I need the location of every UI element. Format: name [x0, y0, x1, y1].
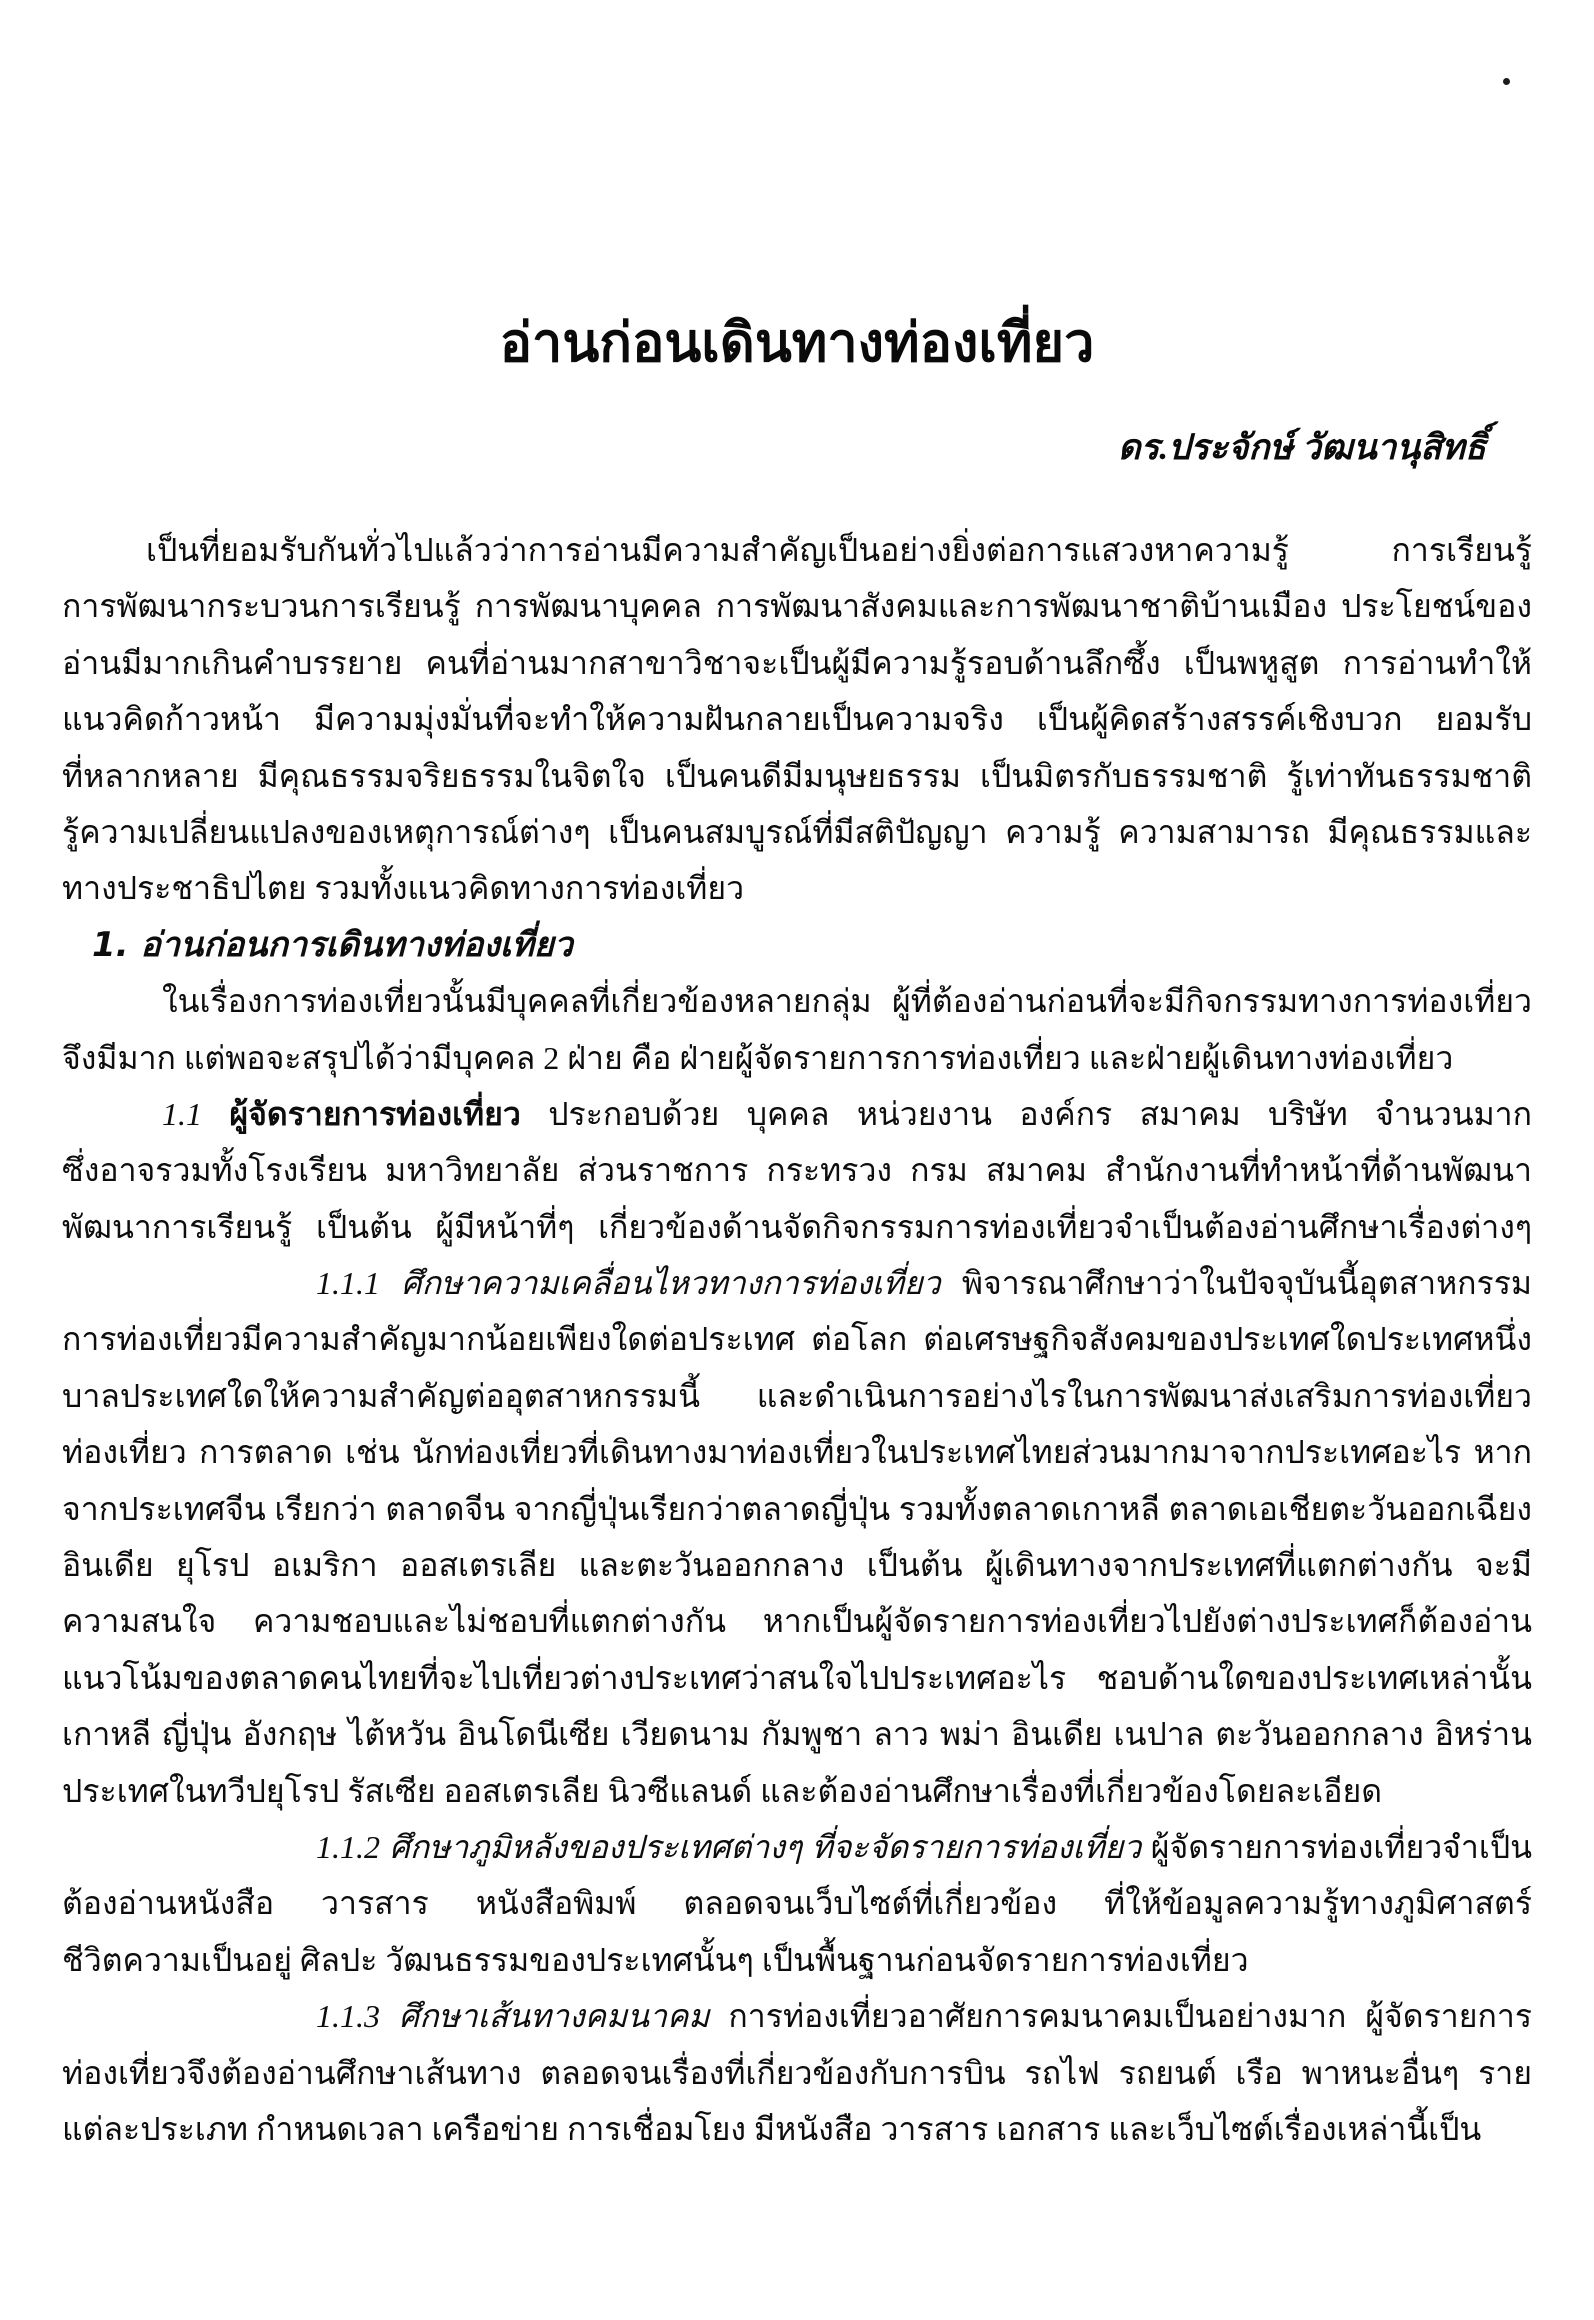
text-segment: ในเรื่องการท่องเที่ยวนั้นมีบุคคลที่เกี่ย… — [162, 983, 1532, 1019]
text-line: 1.1.3 ศึกษาเส้นทางคมนาคม การท่องเที่ยวอา… — [62, 1988, 1532, 2044]
text-line: ในเรื่องการท่องเที่ยวนั้นมีบุคคลที่เกี่ย… — [62, 973, 1532, 1029]
text-segment: ต้องอ่านหนังสือ วารสาร หนังสือพิมพ์ ตลอด… — [62, 1885, 1532, 1931]
text-segment: ท่องเที่ยวจึงต้องอ่านศึกษาเส้นทาง ตลอดจน… — [62, 2055, 1532, 2101]
text-line: การท่องเที่ยวมีความสำคัญมากน้อยเพียงใดต่… — [62, 1311, 1532, 1367]
text-line: เกาหลี ญี่ปุ่น อังกฤษ ไต้หวัน อินโดนีเซี… — [62, 1706, 1532, 1762]
text-segment: ผู้จัดรายการท่องเที่ยว — [229, 1096, 520, 1132]
text-segment: พัฒนาการเรียนรู้ เป็นต้น ผู้มีหน้าที่ๆ เ… — [62, 1209, 1532, 1255]
text-segment: ความสนใจ ความชอบและไม่ชอบที่แตกต่างกัน ห… — [62, 1603, 1532, 1649]
text-line: เป็นที่ยอมรับกันทั่วไปแล้วว่าการอ่านมีคว… — [62, 522, 1532, 578]
text-line: อ่านมีมากเกินคำบรรยาย คนที่อ่านมากสาขาวิ… — [62, 635, 1532, 691]
text-line: ซึ่งอาจรวมทั้งโรงเรียน มหาวิทยาลัย ส่วนร… — [62, 1142, 1532, 1198]
text-line: 1.1 ผู้จัดรายการท่องเที่ยว ประกอบด้วย บุ… — [62, 1086, 1532, 1142]
text-segment: ประกอบด้วย บุคคล หน่วยงาน องค์กร สมาคม บ… — [521, 1096, 1532, 1132]
text-line: ต้องอ่านหนังสือ วารสาร หนังสือพิมพ์ ตลอด… — [62, 1875, 1532, 1931]
text-segment: เป็นที่ยอมรับกันทั่วไปแล้วว่าการอ่านมีคว… — [146, 532, 1532, 568]
text-segment: 1.1.1 ศึกษาความเคลื่อนไหวทางการท่องเที่ย… — [316, 1265, 941, 1301]
text-line: พัฒนาการเรียนรู้ เป็นต้น ผู้มีหน้าที่ๆ เ… — [62, 1199, 1532, 1255]
text-segment: ท่องเที่ยว การตลาด เช่น นักท่องเที่ยวที่… — [62, 1434, 1532, 1480]
text-line: แนวโน้มของตลาดคนไทยที่จะไปเที่ยวต่างประเ… — [62, 1650, 1532, 1706]
text-line: ทางประชาธิปไตย รวมทั้งแนวคิดทางการท่องเท… — [62, 860, 1532, 916]
text-segment: แต่ละประเภท กำหนดเวลา เครือข่าย การเชื่อ… — [62, 2111, 1481, 2157]
text-line: แต่ละประเภท กำหนดเวลา เครือข่าย การเชื่อ… — [62, 2101, 1532, 2157]
text-line: ประเทศในทวีปยุโรป รัสเซีย ออสเตรเลีย นิว… — [62, 1763, 1532, 1819]
text-segment: ประเทศในทวีปยุโรป รัสเซีย ออสเตรเลีย นิว… — [62, 1773, 1382, 1809]
text-segment: อินเดีย ยุโรป อเมริกา ออสเตรเลีย และตะวั… — [62, 1547, 1532, 1593]
text-segment: พิจารณาศึกษาว่าในปัจจุบันนี้อุตสาหกรรม — [941, 1265, 1532, 1301]
text-segment: ชีวิตความเป็นอยู่ ศิลปะ วัฒนธรรมของประเท… — [62, 1942, 1249, 1978]
text-line: ท่องเที่ยว การตลาด เช่น นักท่องเที่ยวที่… — [62, 1424, 1532, 1480]
text-segment: การท่องเที่ยวมีความสำคัญมากน้อยเพียงใดต่… — [62, 1321, 1532, 1367]
text-segment: ทางประชาธิปไตย รวมทั้งแนวคิดทางการท่องเท… — [62, 870, 744, 906]
author-byline: ดร.ประจักษ์ วัฒนานุสิทธิ์ — [1118, 420, 1486, 475]
text-segment: ที่หลากหลาย มีคุณธรรมจริยธรรมในจิตใจ เป็… — [62, 758, 1532, 794]
text-line: จากประเทศจีน เรียกว่า ตลาดจีน จากญี่ปุ่น… — [62, 1481, 1532, 1537]
text-segment: 1. อ่านก่อนการเดินทางท่องเที่ยว — [92, 925, 573, 965]
text-line: แนวคิดก้าวหน้า มีความมุ่งมั่นที่จะทำให้ค… — [62, 691, 1532, 747]
text-segment: การพัฒนากระบวนการเรียนรู้ การพัฒนาบุคคล … — [62, 588, 1532, 634]
text-line: อินเดีย ยุโรป อเมริกา ออสเตรเลีย และตะวั… — [62, 1537, 1532, 1593]
text-segment: อ่านมีมากเกินคำบรรยาย คนที่อ่านมากสาขาวิ… — [62, 645, 1532, 691]
text-segment: 1.1.3 ศึกษาเส้นทางคมนาคม — [316, 1998, 710, 2034]
text-segment: ผู้จัดรายการท่องเที่ยวจำเป็น — [1141, 1829, 1532, 1865]
text-line: บาลประเทศใดให้ความสำคัญต่ออุตสาหกรรมนี้ … — [62, 1368, 1532, 1424]
page-title: อ่านก่อนเดินทางท่องเที่ยว — [0, 312, 1594, 374]
text-line: จึงมีมาก แต่พอจะสรุปได้ว่ามีบุคคล 2 ฝ่าย… — [62, 1030, 1532, 1086]
text-segment: รู้ความเปลี่ยนแปลงของเหตุการณ์ต่างๆ เป็น… — [62, 814, 1532, 860]
document-body: เป็นที่ยอมรับกันทั่วไปแล้วว่าการอ่านมีคว… — [62, 522, 1532, 2157]
text-segment: แนวโน้มของตลาดคนไทยที่จะไปเที่ยวต่างประเ… — [62, 1660, 1532, 1706]
text-line: การพัฒนากระบวนการเรียนรู้ การพัฒนาบุคคล … — [62, 578, 1532, 634]
text-line: 1.1.1 ศึกษาความเคลื่อนไหวทางการท่องเที่ย… — [62, 1255, 1532, 1311]
text-segment: บาลประเทศใดให้ความสำคัญต่ออุตสาหกรรมนี้ … — [62, 1378, 1532, 1424]
section-heading: 1. อ่านก่อนการเดินทางท่องเที่ยว — [62, 917, 1532, 973]
text-segment: 1.1 — [162, 1096, 229, 1132]
text-line: 1.1.2 ศึกษาภูมิหลังของประเทศต่างๆ ที่จะจ… — [62, 1819, 1532, 1875]
text-line: ที่หลากหลาย มีคุณธรรมจริยธรรมในจิตใจ เป็… — [62, 748, 1532, 804]
text-segment: จากประเทศจีน เรียกว่า ตลาดจีน จากญี่ปุ่น… — [62, 1491, 1532, 1537]
text-line: ท่องเที่ยวจึงต้องอ่านศึกษาเส้นทาง ตลอดจน… — [62, 2045, 1532, 2101]
text-segment: 1.1.2 ศึกษาภูมิหลังของประเทศต่างๆ ที่จะจ… — [316, 1829, 1141, 1865]
text-segment: จึงมีมาก แต่พอจะสรุปได้ว่ามีบุคคล 2 ฝ่าย… — [62, 1040, 1453, 1076]
text-segment: เกาหลี ญี่ปุ่น อังกฤษ ไต้หวัน อินโดนีเซี… — [62, 1716, 1532, 1752]
text-line: ชีวิตความเป็นอยู่ ศิลปะ วัฒนธรรมของประเท… — [62, 1932, 1532, 1988]
text-segment: แนวคิดก้าวหน้า มีความมุ่งมั่นที่จะทำให้ค… — [62, 701, 1532, 747]
scan-artifact-dot — [1503, 78, 1510, 85]
text-line: ความสนใจ ความชอบและไม่ชอบที่แตกต่างกัน ห… — [62, 1593, 1532, 1649]
text-segment: ซึ่งอาจรวมทั้งโรงเรียน มหาวิทยาลัย ส่วนร… — [62, 1152, 1532, 1198]
document-page: อ่านก่อนเดินทางท่องเที่ยว ดร.ประจักษ์ วั… — [0, 0, 1594, 2320]
text-segment: การท่องเที่ยวอาศัยการคมนาคมเป็นอย่างมาก … — [710, 1998, 1532, 2034]
text-line: รู้ความเปลี่ยนแปลงของเหตุการณ์ต่างๆ เป็น… — [62, 804, 1532, 860]
